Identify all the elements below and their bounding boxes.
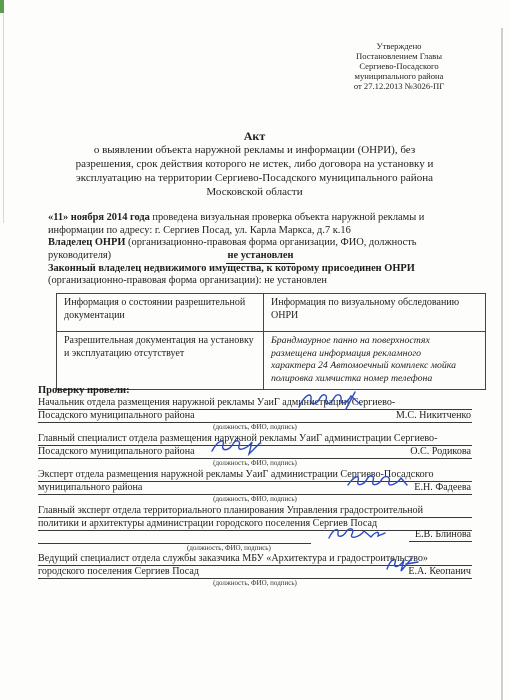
title-heading: Акт <box>38 129 471 143</box>
table-cell-visual-survey: Брандмаурное панно на поверхностях разме… <box>264 332 486 390</box>
approval-line: от 27.12.2013 №3026-ПГ <box>329 81 469 91</box>
approval-line: Утверждено <box>329 41 469 51</box>
inspector-title: Главный эксперт отдела территориального … <box>38 505 423 519</box>
title-line: Московской области <box>38 185 471 199</box>
intro-paragraph: «11» ноября 2014 года проведена визуальн… <box>48 212 473 288</box>
inspector-title: Ведущий специалист отдела службы заказчи… <box>38 553 428 567</box>
inspection-date-line: «11» ноября 2014 года проведена визуальн… <box>48 212 473 225</box>
info-table: Информация о состоянии разрешительной до… <box>56 293 486 390</box>
approval-line: Постановлением Главы <box>329 51 469 61</box>
table-header-visual-survey: Информация по визуальному обследованию О… <box>264 294 486 332</box>
owner-status-line: руководителя) не установлен <box>48 250 473 263</box>
owner-not-established: не установлен <box>226 250 296 264</box>
table-header-row: Информация о состоянии разрешительной до… <box>57 294 486 332</box>
inspector-name: Е.Н. Фадеева <box>408 482 472 496</box>
approval-line: Сергиево-Посадского <box>329 61 469 71</box>
scanned-act-document: Утверждено Постановлением Главы Сергиево… <box>0 0 509 700</box>
signature-caption: (должность, ФИО, подпись) <box>38 423 472 433</box>
table-cell-documentation-status: Разрешительная документация на установку… <box>57 332 264 390</box>
inspector-name: Е.В. Блинова <box>409 529 472 543</box>
inspectors-section: Проверку провели: Начальник отдела разме… <box>38 384 472 589</box>
title-line: разрешения, срок действия которого не ис… <box>38 157 471 171</box>
inspector-block: Главный специалист отдела размещения нар… <box>38 433 472 469</box>
address-line: информации по адресу: г. Сергиев Посад, … <box>48 225 473 238</box>
owner-line: Владелец ОНРИ (организационно-правовая ф… <box>48 237 473 250</box>
signature-caption: (должность, ФИО, подпись) <box>81 544 376 552</box>
inspector-title: Начальник отдела размещения наружной рек… <box>38 397 395 411</box>
paper-right-edge-line <box>501 28 503 700</box>
approval-block: Утверждено Постановлением Главы Сергиево… <box>329 41 469 91</box>
legal-owner-line: Законный владелец недвижимого имущества,… <box>48 263 473 276</box>
inspector-title: Главный специалист отдела размещения нар… <box>38 433 437 447</box>
inspector-title: Эксперт отдела размещения наружной рекла… <box>38 469 434 483</box>
signature-caption: (должность, ФИО, подпись) <box>38 579 472 589</box>
scan-left-edge-line <box>3 13 4 223</box>
scan-edge-artifact <box>0 0 4 13</box>
inspector-name: М.С. Никитченко <box>390 410 472 424</box>
table-header-documentation: Информация о состоянии разрешительной до… <box>57 294 264 332</box>
legal-owner-status-line: (организационно-правовая форма организац… <box>48 275 473 288</box>
table-data-row: Разрешительная документация на установку… <box>57 332 486 390</box>
owner-label: Владелец ОНРИ <box>48 237 125 248</box>
document-title: Акт о выявлении объекта наружной рекламы… <box>38 129 471 199</box>
inspector-block: Эксперт отдела размещения наружной рекла… <box>38 469 472 505</box>
inspector-name: О.С. Родикова <box>404 446 472 460</box>
inspector-name: Е.А. Кеопанич <box>402 566 472 580</box>
title-line: эксплуатацию на территории Сергиево-Поса… <box>38 171 471 185</box>
inspector-block: Ведущий специалист отдела службы заказчи… <box>38 553 472 589</box>
inspectors-heading: Проверку провели: <box>38 384 472 397</box>
title-line: о выявлении объекта наружной рекламы и и… <box>38 143 471 157</box>
inspector-block: Начальник отдела размещения наружной рек… <box>38 397 472 433</box>
inspection-date: «11» ноября 2014 года <box>48 212 150 223</box>
signature-caption: (должность, ФИО, подпись) <box>38 495 472 505</box>
approval-line: муниципального района <box>329 71 469 81</box>
inspector-block: Главный эксперт отдела территориального … <box>38 505 472 553</box>
signature-caption: (должность, ФИО, подпись) <box>38 459 472 469</box>
